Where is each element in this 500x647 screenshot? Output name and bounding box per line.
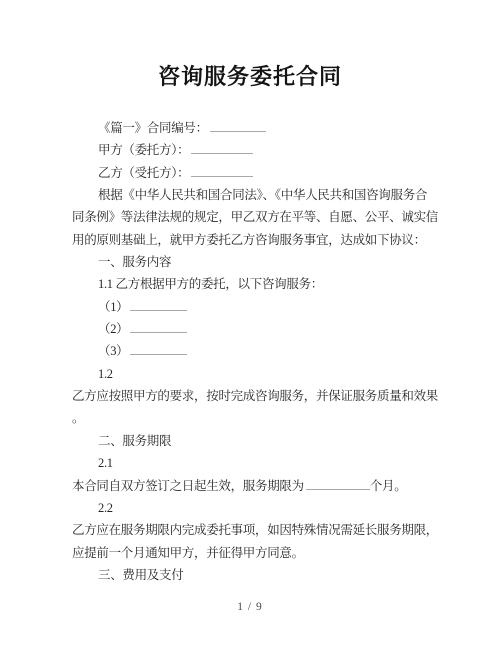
line-item-1: （1） xyxy=(72,296,432,318)
line-party-a: 甲方（委托方）： xyxy=(72,139,432,161)
line-clause-2-2-body-2: 应提前一个月通知甲方，并征得甲方同意。 xyxy=(72,542,432,564)
text-run: 乙方应按照甲方的要求，按时完成咨询服务，并保证服务质量和效果 xyxy=(72,389,438,403)
text-run: 二、服务期限 xyxy=(98,434,171,448)
line-clause-2-2-body-1: 乙方应在服务期限内完成委托事项，如因特殊情况需延长服务期限， xyxy=(72,519,432,541)
line-clause-2-1-body: 本合同自双方签订之日起生效，服务期限为个月。 xyxy=(72,475,432,497)
blank-field xyxy=(130,341,187,355)
page-number: 1 / 9 xyxy=(0,601,500,613)
blank-field xyxy=(306,476,370,490)
text-run: 乙方（受托方）： xyxy=(98,166,189,180)
text-run: 甲方（委托方）： xyxy=(98,143,189,157)
line-contract-number: 《篇一》合同编号： xyxy=(72,117,432,139)
line-item-3: （3） xyxy=(72,340,432,362)
blank-field xyxy=(191,140,253,154)
text-run: 用的原则基础上，就甲方委托乙方咨询服务事宜，达成如下协议： xyxy=(72,233,426,247)
text-run: 。 xyxy=(72,411,84,425)
text-run: 根据《中华人民共和国合同法》、《中华人民共和国咨询服务合 xyxy=(98,188,427,202)
contract-document-page: 咨询服务委托合同 《篇一》合同编号：甲方（委托方）：乙方（受托方）：根据《中华人… xyxy=(0,0,500,647)
line-clause-1-1: 1.1 乙方根据甲方的委托，以下咨询服务： xyxy=(72,273,432,295)
text-run: 应提前一个月通知甲方，并征得甲方同意。 xyxy=(72,546,304,560)
text-run: 2.1 xyxy=(98,456,113,470)
text-run: 2.2 xyxy=(98,501,113,515)
line-section-3-heading: 三、费用及支付 xyxy=(72,564,432,586)
text-run: 个月。 xyxy=(370,479,407,493)
text-run: （3） xyxy=(98,344,128,358)
line-preamble-2: 同条例》等法律法规的规定，甲乙双方在平等、自愿、公平、诚实信 xyxy=(72,206,432,228)
text-run: 1.1 乙方根据甲方的委托，以下咨询服务： xyxy=(98,277,323,291)
text-run: （2） xyxy=(98,322,128,336)
text-run: 1.2 xyxy=(98,367,113,381)
line-section-1-heading: 一、服务内容 xyxy=(72,251,432,273)
text-run: （1） xyxy=(98,300,128,314)
blank-field xyxy=(130,319,187,333)
line-item-2: （2） xyxy=(72,318,432,340)
blank-field xyxy=(130,297,187,311)
line-clause-1-2-tail: 。 xyxy=(72,407,432,429)
document-body: 《篇一》合同编号：甲方（委托方）：乙方（受托方）：根据《中华人民共和国合同法》、… xyxy=(72,117,432,586)
blank-field xyxy=(191,163,253,177)
blank-field xyxy=(210,118,266,132)
line-preamble-1: 根据《中华人民共和国合同法》、《中华人民共和国咨询服务合 xyxy=(72,184,432,206)
document-title: 咨询服务委托合同 xyxy=(0,60,500,91)
line-party-b: 乙方（受托方）： xyxy=(72,162,432,184)
text-run: 本合同自双方签订之日起生效，服务期限为 xyxy=(72,479,304,493)
text-run: 三、费用及支付 xyxy=(98,568,183,582)
line-clause-2-1-number: 2.1 xyxy=(72,452,432,474)
line-clause-1-2-body: 乙方应按照甲方的要求，按时完成咨询服务，并保证服务质量和效果 xyxy=(72,385,432,407)
text-run: 乙方应在服务期限内完成委托事项，如因特殊情况需延长服务期限， xyxy=(72,523,438,537)
text-run: 同条例》等法律法规的规定，甲乙双方在平等、自愿、公平、诚实信 xyxy=(72,210,438,224)
line-section-2-heading: 二、服务期限 xyxy=(72,430,432,452)
text-run: 《篇一》合同编号： xyxy=(98,121,208,135)
line-preamble-3: 用的原则基础上，就甲方委托乙方咨询服务事宜，达成如下协议： xyxy=(72,229,432,251)
line-clause-1-2-number: 1.2 xyxy=(72,363,432,385)
line-clause-2-2-number: 2.2 xyxy=(72,497,432,519)
text-run: 一、服务内容 xyxy=(98,255,171,269)
